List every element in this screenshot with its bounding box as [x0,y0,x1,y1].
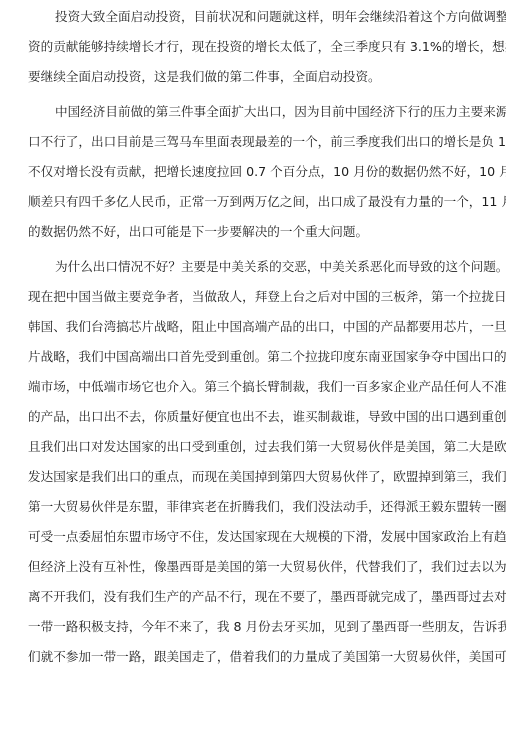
paragraph-3-line-3: 韩国、我们台湾搞芯片战略，阻止中国高端产品的出口，中国的产品都要用芯片，一旦打芯 [28,319,468,335]
paragraph-2-line-4: 顺差只有四千多亿人民币，正常一万到两万亿之间，出口成了最没有力量的一个，11 月… [28,194,468,210]
paragraph-2-line-1: 中国经济目前做的第三件事全面扩大出口，因为目前中国经济下行的压力主要来源是出 [55,104,468,120]
paragraph-3-line-4: 片战略，我们中国高端出口首先受到重创。第二个拉拢印度东南亚国家争夺中国出口的中低 [28,349,468,365]
paragraph-2-line-5: 的数据仍然不好，出口可能是下一步要解决的一个重大问题。 [28,224,468,240]
paragraph-1-line-3: 要继续全面启动投资，这是我们做的第二件事，全面启动投资。 [28,69,468,85]
paragraph-3-line-9: 第一大贸易伙伴是东盟，菲律宾老在折腾我们，我们没法动手，还得派王毅东盟转一圈，宁 [28,499,468,515]
paragraph-3-line-6: 的产品，出口出不去，你质量好便宜也出不去，谁买制裁谁，导致中国的出口遇到重创。而 [28,409,468,425]
paragraph-2-line-2: 口不行了，出口目前是三驾马车里面表现最差的一个，前三季度我们出口的增长是负 13… [28,134,468,150]
paragraph-3-line-5: 端市场，中低端市场它也介入。第三个搞长臂制裁，我们一百多家企业产品任何人不准买它 [28,379,468,395]
paragraph-3-line-11: 但经济上没有互补性，像墨西哥是美国的第一大贸易伙伴，代替我们了，我们过去以为美国 [28,559,468,575]
paragraph-3-line-13: 一带一路积极支持，今年不来了，我 8 月份去牙买加，见到了墨西哥一些朋友，告诉我… [28,619,468,635]
paragraph-3-line-12: 离不开我们，没有我们生产的产品不行，现在不要了，墨西哥就完成了，墨西哥过去对我们 [28,589,468,605]
paragraph-3-line-10: 可受一点委屈怕东盟市场守不住，发达国家现在大规模的下滑，发展中国家政治上有趋向， [28,529,468,545]
paragraph-3-line-2: 现在把中国当做主要竞争者，当做敌人，拜登上台之后对中国的三板斧，第一个拉拢日本、 [28,289,468,305]
paragraph-2-line-3: 不仅对增长没有贡献，把增长速度拉回 0.7 个百分点，10 月份的数据仍然不好，… [28,164,468,180]
paragraph-1-line-1: 投资大致全面启动投资，目前状况和问题就这样，明年会继续沿着这个方向做调整，投 [55,9,468,25]
paragraph-3-line-7: 且我们出口对发达国家的出口受到重创，过去我们第一大贸易伙伴是美国，第二大是欧盟， [28,439,468,455]
paragraph-3-line-1: 为什么出口情况不好？主要是中美关系的交恶，中美关系恶化而导致的这个问题。美国 [55,259,468,275]
paragraph-3-line-8: 发达国家是我们出口的重点，而现在美国掉到第四大贸易伙伴了，欧盟掉到第三，我们目前 [28,469,468,485]
paragraph-1-line-2: 资的贡献能够持续增长才行，现在投资的增长太低了，全三季度只有 3.1%的增长，想… [28,39,468,55]
paragraph-3-line-14: 们就不参加一带一路，跟美国走了，借着我们的力量成了美国第一大贸易伙伴，美国可以离 [28,649,468,665]
